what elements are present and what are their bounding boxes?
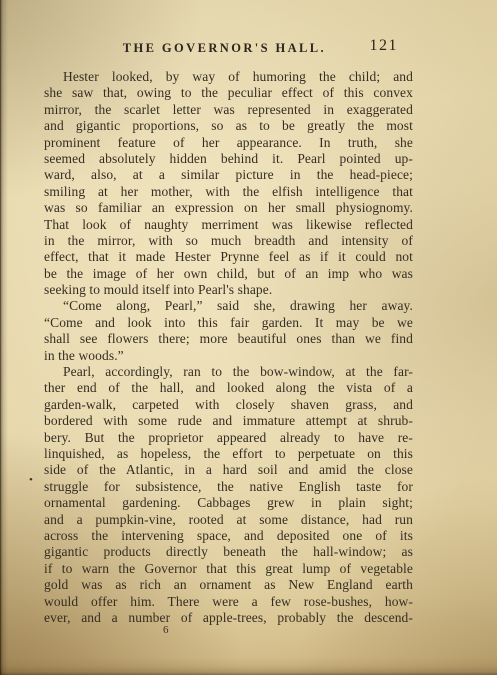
text-line: seeking to mould itself into Pearl's sha… (44, 282, 413, 298)
text-line: across the intervening space, and deposi… (44, 528, 413, 544)
text-line: would offer him. There were a few rose-b… (44, 594, 413, 610)
text-line: and a pumpkin-vine, rooted at some dista… (44, 512, 413, 528)
page-number: 121 (370, 37, 399, 55)
text-line: “Come and look into this fair garden. It… (44, 315, 413, 331)
text-line: seemed absolutely hidden behind it. Pear… (44, 151, 413, 167)
text-line: smiling at her mother, with the elfish i… (44, 184, 413, 200)
text-line: effect, that it made Hester Prynne feel … (44, 249, 413, 265)
text-line: prominent feature of her appearance. In … (44, 135, 413, 151)
text-line: mirror, the scarlet letter was represent… (44, 102, 413, 118)
page-header: THE GOVERNOR'S HALL. 121 (44, 39, 413, 59)
text-line: bery. But the proprietor appeared alread… (44, 430, 413, 446)
text-line: be the image of her own child, but of an… (44, 266, 413, 282)
text-line: in the mirror, with so much breadth and … (44, 233, 413, 249)
text-line: gigantic products directly beneath the h… (44, 544, 413, 560)
margin-marker-dot: • (29, 475, 33, 486)
text-line: bordered with some rude and immature att… (44, 413, 413, 429)
text-line: in the woods.” (44, 348, 413, 364)
text-line: if to warn the Governor that this great … (44, 561, 413, 577)
text-line: was so familiar an expression on her sma… (44, 200, 413, 216)
text-line: struggle for subsistence, the native Eng… (44, 479, 413, 495)
text-line: Pearl, accordingly, ran to the bow-windo… (44, 364, 413, 380)
text-line: Hester looked, by way of humoring the ch… (44, 69, 413, 85)
text-line: ward, also, at a similar picture in the … (44, 167, 413, 183)
text-line: ornamental gardening. Cabbages grew in p… (44, 495, 413, 511)
text-line: shall see flowers there; more beautiful … (44, 331, 413, 347)
text-line: “Come along, Pearl,” said she, drawing h… (44, 298, 413, 314)
text-line: linquished, as hopeless, the effort to p… (44, 446, 413, 462)
text-line: side of the Atlantic, in a hard soil and… (44, 462, 413, 478)
text-line: she saw that, owing to the peculiar effe… (44, 85, 413, 101)
text-line: garden-walk, carpeted with closely shave… (44, 397, 413, 413)
text-line: gold was as rich an ornament as New Engl… (44, 577, 413, 593)
signature-mark: 6 (163, 624, 169, 636)
book-page: THE GOVERNOR'S HALL. 121 • Hester looked… (0, 0, 497, 675)
text-block: Hester looked, by way of humoring the ch… (44, 69, 413, 626)
text-line: and gigantic proportions, so as to be gr… (44, 118, 413, 134)
text-line: ever, and a number of apple-trees, proba… (44, 610, 413, 626)
running-title: THE GOVERNOR'S HALL. (123, 41, 326, 56)
text-line: ther end of the hall, and looked along t… (44, 380, 413, 396)
text-line: That look of naughty merriment was likew… (44, 217, 413, 233)
